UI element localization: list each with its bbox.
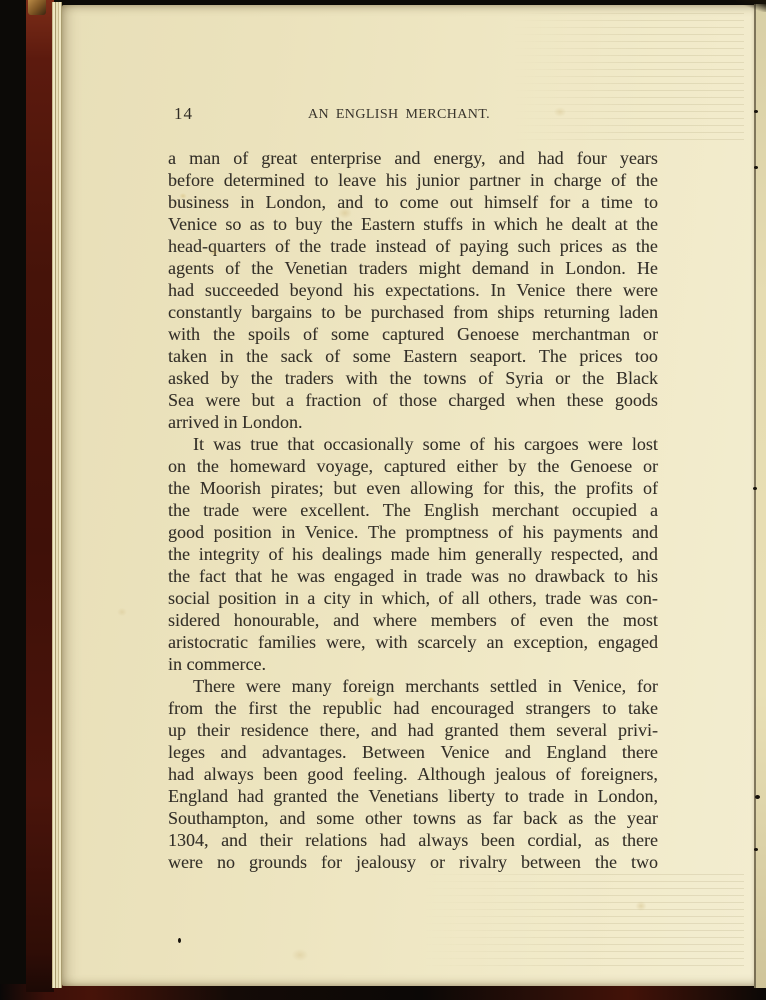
edge-speck (753, 487, 757, 490)
edge-speck (755, 795, 760, 799)
text-line: socialpositioninacityinwhich,ofallothers… (168, 587, 658, 609)
text-line: aristocraticfamilieswere,withscarcelyane… (168, 631, 658, 653)
text-line: goodpositioninVenice.Thepromptnessofhisp… (168, 521, 658, 543)
page-stack-right-edge (754, 4, 766, 988)
text-line: businessinLondon,andtocomeouthimselffora… (168, 191, 658, 213)
page-stack-left-edge (52, 2, 62, 988)
text-line: fromthefirsttherepublichadencouragedstra… (168, 697, 658, 719)
text-line: legesandadvantages.BetweenVeniceandEngla… (168, 741, 658, 763)
text-line: EnglandhadgrantedtheVenetianslibertytotr… (168, 785, 658, 807)
edge-speck (754, 110, 758, 113)
text-block: amanofgreatenterpriseandenergy,andhadfou… (168, 147, 658, 873)
edge-speck (178, 938, 181, 943)
text-line: sideredhonourable,andwheremembersofevent… (168, 609, 658, 631)
text-line: theintegrityofhisdealingsmadehimgenerall… (168, 543, 658, 565)
book-cover-corner (28, 0, 46, 15)
fore-edge-texture-bottom (424, 874, 744, 970)
text-line: VenicesoastobuytheEasternstuffsinwhichhe… (168, 213, 658, 235)
text-line: hadsucceededbeyondhisexpectations.InVeni… (168, 279, 658, 301)
text-line: amanofgreatenterpriseandenergy,andhadfou… (168, 147, 658, 169)
text-line: Seawerebutafractionofthosechargedwhenthe… (168, 389, 658, 411)
text-line: beforedeterminedtoleavehisjuniorpartneri… (168, 169, 658, 191)
text-line: takeninthesackofsomeEasternseaport.Thepr… (168, 345, 658, 367)
text-line: ThereweremanyforeignmerchantssettledinVe… (168, 675, 658, 697)
text-line: withthespoilsofsomecapturedGenoesemercha… (168, 323, 658, 345)
text-line: constantlybargainstobepurchasedfromships… (168, 301, 658, 323)
text-line: head-quartersofthetradeinsteadofpayingsu… (168, 235, 658, 257)
text-line: 1304,andtheirrelationshadalwaysbeencordi… (168, 829, 658, 851)
text-line: hadalwaysbeengoodfeeling.Althoughjealous… (168, 763, 658, 785)
book-cover-spine (26, 0, 54, 992)
text-line: theMoorishpirates;butevenallowingforthis… (168, 477, 658, 499)
running-head-row: 14 AN ENGLISH MERCHANT. (168, 104, 658, 124)
text-line: thefactthathewasengagedintradewasnodrawb… (168, 565, 658, 587)
running-header: AN ENGLISH MERCHANT. (154, 107, 644, 123)
text-line: agentsoftheVenetiantradersmightdemandinL… (168, 257, 658, 279)
text-line: Itwastruethatoccasionallysomeofhiscargoe… (168, 433, 658, 455)
edge-speck (754, 848, 758, 851)
text-line: askedbythetraderswiththetownsofSyriaorth… (168, 367, 658, 389)
text-line: onthehomewardvoyage,capturedeitherbytheG… (168, 455, 658, 477)
top-right-shadow (736, 0, 766, 12)
edge-speck (754, 166, 758, 169)
book-page-scan: 14 AN ENGLISH MERCHANT. amanofgreatenter… (0, 0, 766, 1000)
book-cover-bottom-edge (0, 984, 766, 1000)
text-line: arrived in London. (168, 411, 658, 433)
text-line: in commerce. (168, 653, 658, 675)
text-line: uptheirresidencethere,andhadgrantedthems… (168, 719, 658, 741)
text-line: Southampton,andsomeothertownsasfarbackas… (168, 807, 658, 829)
text-line: thetradewereexcellent.TheEnglishmerchant… (168, 499, 658, 521)
text-line: werenogroundsforjealousyorrivalrybetween… (168, 851, 658, 873)
